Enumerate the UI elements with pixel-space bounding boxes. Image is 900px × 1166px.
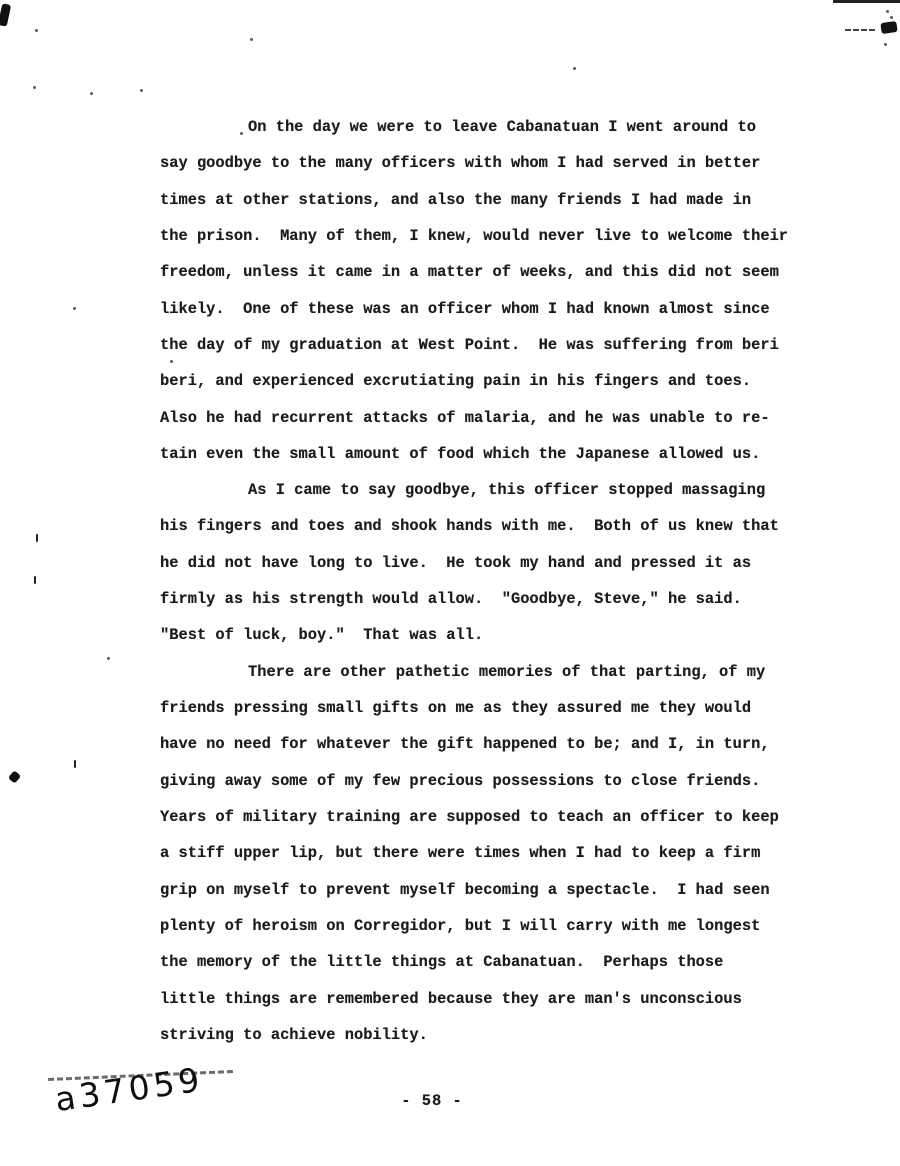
- text-line: tain even the small amount of food which…: [160, 436, 820, 472]
- text-line: "Best of luck, boy." That was all.: [160, 617, 820, 653]
- text-line: have no need for whatever the gift happe…: [160, 726, 820, 762]
- typewritten-text: On the day we were to leave Cabanatuan I…: [160, 109, 820, 1053]
- text-line: firmly as his strength would allow. "Goo…: [160, 581, 820, 617]
- text-line: On the day we were to leave Cabanatuan I…: [160, 109, 820, 145]
- text-line: striving to achieve nobility.: [160, 1017, 820, 1053]
- margin-tick: [34, 576, 36, 584]
- text-line: likely. One of these was an officer whom…: [160, 291, 820, 327]
- text-line: say goodbye to the many officers with wh…: [160, 145, 820, 181]
- text-line: Years of military training are supposed …: [160, 799, 820, 835]
- text-line: his fingers and toes and shook hands wit…: [160, 508, 820, 544]
- scan-speck: [884, 43, 887, 46]
- scan-speck: [90, 92, 93, 95]
- text-line: the memory of the little things at Caban…: [160, 944, 820, 980]
- text-line: the prison. Many of them, I knew, would …: [160, 218, 820, 254]
- text-line: There are other pathetic memories of tha…: [160, 654, 820, 690]
- text-line: freedom, unless it came in a matter of w…: [160, 254, 820, 290]
- scan-speck: [573, 67, 576, 70]
- smudge-top-right: [833, 0, 900, 3]
- smudge-dashes-top-right: [845, 29, 875, 31]
- text-line: beri, and experienced excrutiating pain …: [160, 363, 820, 399]
- margin-tick: [36, 534, 38, 542]
- text-line: a stiff upper lip, but there were times …: [160, 835, 820, 871]
- paragraph-3: There are other pathetic memories of tha…: [160, 654, 820, 1053]
- scan-speck: [140, 89, 143, 92]
- scanned-page: On the day we were to leave Cabanatuan I…: [0, 0, 900, 1166]
- scan-speck: [250, 38, 253, 41]
- text-line: giving away some of my few precious poss…: [160, 763, 820, 799]
- text-line: the day of my graduation at West Point. …: [160, 327, 820, 363]
- paragraph-1: On the day we were to leave Cabanatuan I…: [160, 109, 820, 472]
- scan-speck: [35, 29, 38, 32]
- ink-mark-top-left: [0, 3, 11, 26]
- scan-speck: [107, 657, 110, 660]
- page-number: - 58 -: [372, 1092, 492, 1110]
- handwritten-number: a37059: [53, 1060, 206, 1119]
- text-line: plenty of heroism on Corregidor, but I w…: [160, 908, 820, 944]
- smudge-blob-top-right: [880, 21, 897, 34]
- margin-tick: [74, 760, 76, 768]
- text-line: times at other stations, and also the ma…: [160, 182, 820, 218]
- scan-speck: [73, 307, 76, 310]
- text-line: friends pressing small gifts on me as th…: [160, 690, 820, 726]
- text-line: As I came to say goodbye, this officer s…: [160, 472, 820, 508]
- scan-speck: [33, 86, 36, 89]
- scan-speck: [886, 10, 889, 13]
- text-line: little things are remembered because the…: [160, 981, 820, 1017]
- text-line: grip on myself to prevent myself becomin…: [160, 872, 820, 908]
- text-line: he did not have long to live. He took my…: [160, 545, 820, 581]
- text-line: Also he had recurrent attacks of malaria…: [160, 400, 820, 436]
- scan-speck: [890, 16, 893, 19]
- paragraph-2: As I came to say goodbye, this officer s…: [160, 472, 820, 654]
- ink-blob-left-margin: [8, 770, 21, 783]
